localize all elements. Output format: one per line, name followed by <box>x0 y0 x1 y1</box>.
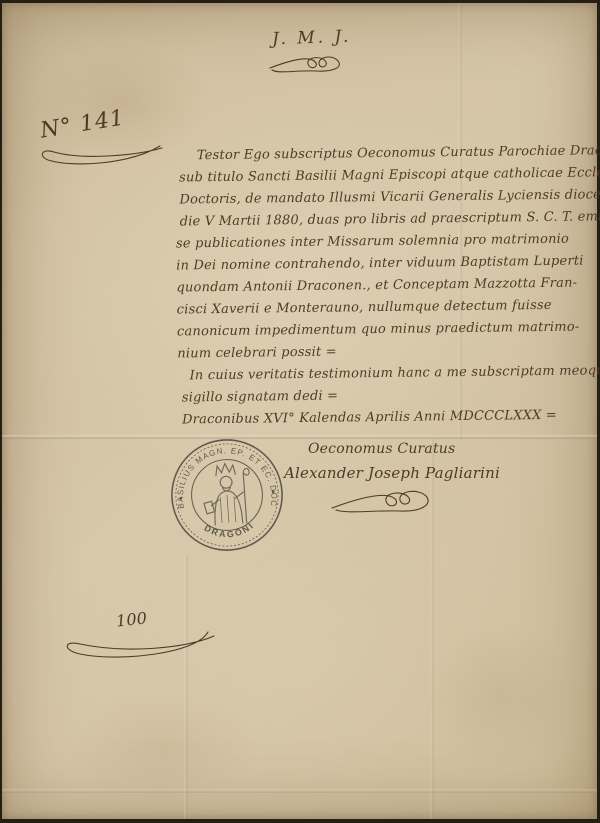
document-photo: J. M. J. N° 141 Testor Ego subscriptus O… <box>0 0 600 823</box>
crown-icon <box>215 463 235 476</box>
body-line: die V Martii 1880, duas pro libris ad pr… <box>180 209 600 229</box>
gospel-book-icon <box>204 501 215 514</box>
body-line: nium celebrari possit = <box>177 345 337 362</box>
body-line: se publicationes inter Missarum solemnia… <box>176 232 569 252</box>
body-line: quondam Antonii Draconen., et Conceptam … <box>176 276 577 296</box>
body-line: Doctoris, de mandato Illusmi Vicarii Gen… <box>179 187 600 208</box>
body-line: Testor Ego subscriptus Oeconomus Curatus… <box>197 143 600 164</box>
body-line: In cuius veritatis testimonium hanc a me… <box>189 363 600 383</box>
signature-name: Alexander Joseph Pagliarini <box>284 464 500 482</box>
signature-title: Oeconomus Curatus <box>308 441 455 457</box>
seal-bottom-text: DRAGONI <box>202 519 257 541</box>
robe-folds <box>220 495 236 523</box>
body-line: sub titulo Sancti Basilii Magni Episcopi… <box>179 165 600 186</box>
crozier-icon <box>243 468 253 523</box>
body-line: sigillo signatam dedi = <box>182 389 339 406</box>
saint-basil-figure-icon <box>201 462 252 526</box>
body-line: Draconibus XVI° Kalendas Aprilis Anni MD… <box>182 408 557 428</box>
body-line: in Dei nomine contrahendo, inter viduum … <box>176 254 584 274</box>
saint-head <box>220 476 233 489</box>
body-line: cisci Xaverii e Monterauno, nullumque de… <box>177 298 552 318</box>
body-line: canonicum impedimentum quo minus praedic… <box>177 320 580 340</box>
footer-number: 100 <box>115 608 148 630</box>
letter-body: Testor Ego subscriptus Oeconomus Curatus… <box>0 0 600 823</box>
parish-seal-stamp: S. BASILIUS MAGN. EP. ET EC. DOCT. DRAGO… <box>164 432 290 558</box>
